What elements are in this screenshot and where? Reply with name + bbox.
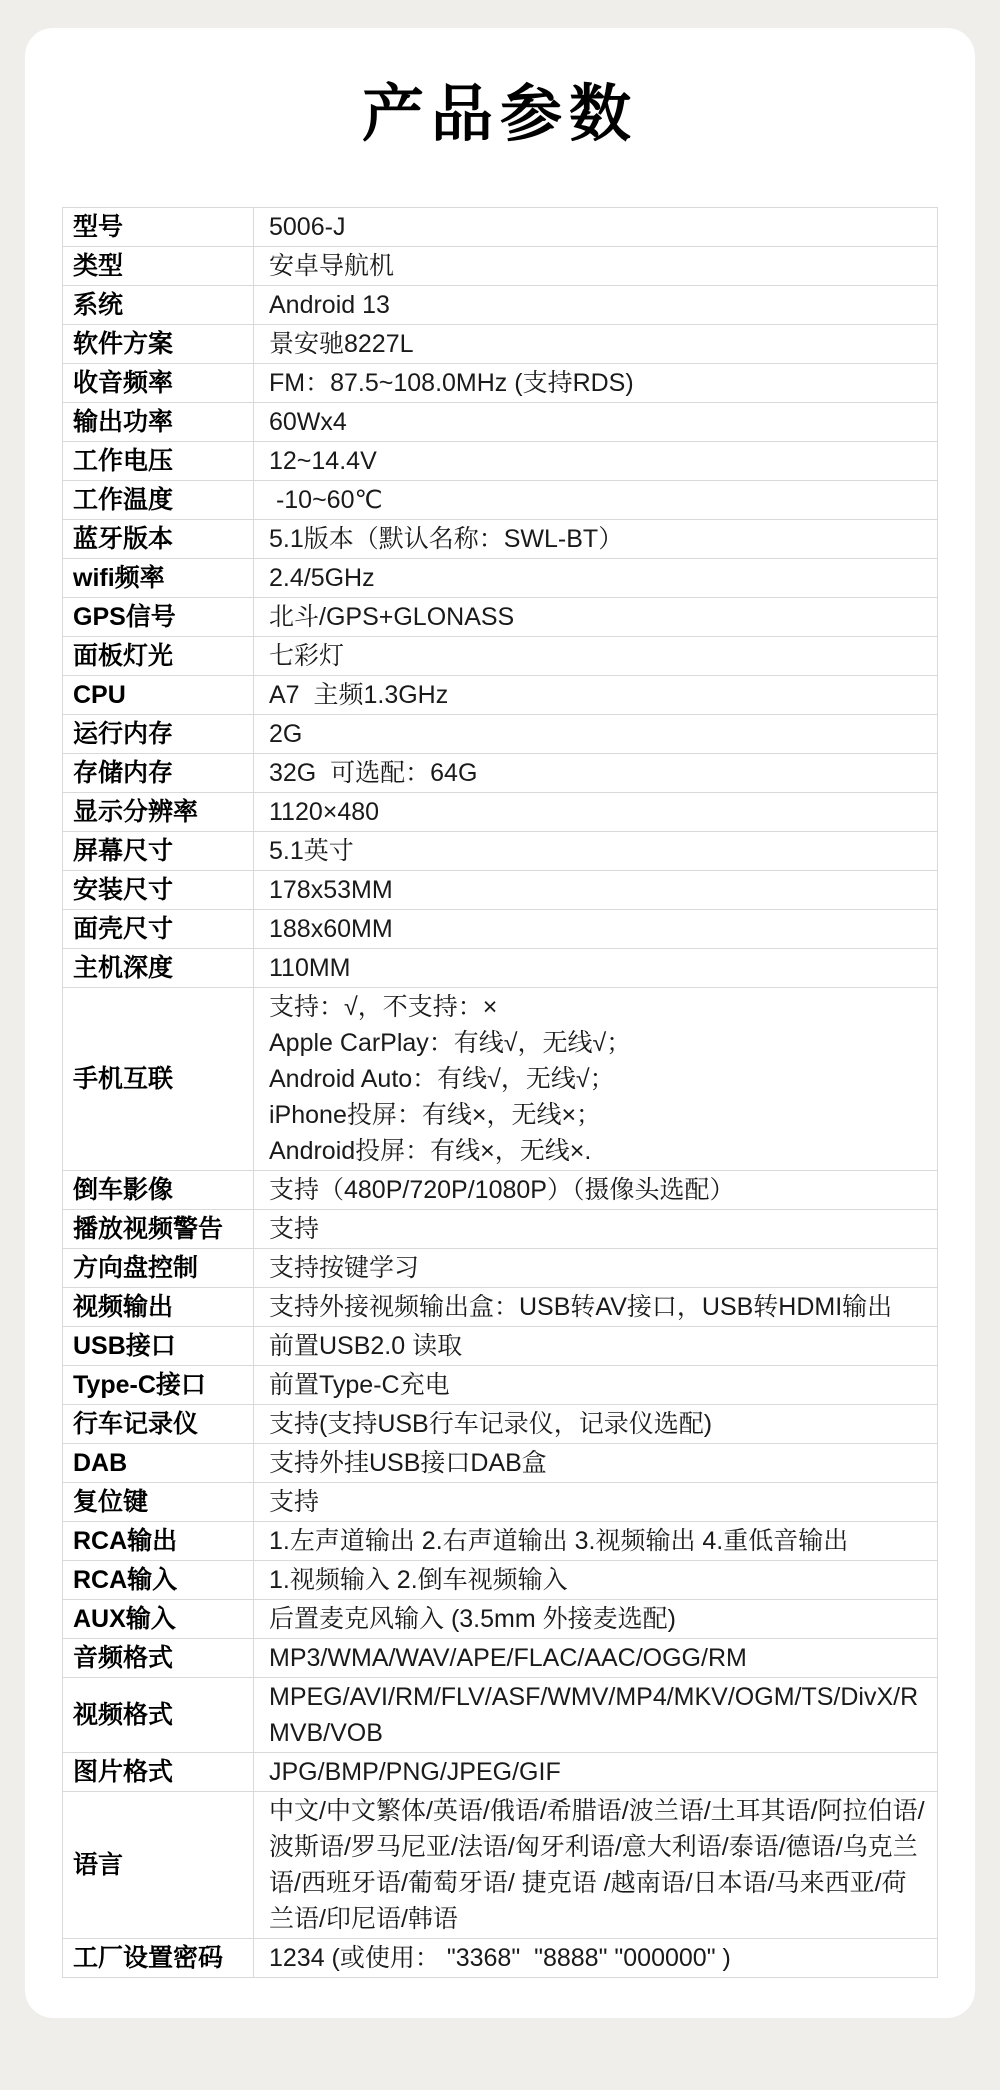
spec-value: 中文/中文繁体/英语/俄语/希腊语/波兰语/土耳其语/阿拉伯语/波斯语/罗马尼亚… [254, 1792, 938, 1939]
spec-table: 型号 5006-J 类型 安卓导航机 系统 Android 13 软件方案 景安… [62, 207, 938, 1978]
spec-value: 北斗/GPS+GLONASS [254, 598, 938, 637]
spec-value: 1.视频输入 2.倒车视频输入 [254, 1561, 938, 1600]
spec-label: RCA输出 [63, 1522, 254, 1561]
spec-value: 支持 [254, 1210, 938, 1249]
table-row: 方向盘控制 支持按键学习 [63, 1249, 938, 1288]
spec-value: 5.1英寸 [254, 832, 938, 871]
table-row: USB接口 前置USB2.0 读取 [63, 1327, 938, 1366]
spec-label: CPU [63, 676, 254, 715]
table-row: 存储内存 32G 可选配：64G [63, 754, 938, 793]
spec-label: 软件方案 [63, 325, 254, 364]
spec-label: 输出功率 [63, 403, 254, 442]
table-row: 视频输出 支持外接视频输出盒：USB转AV接口，USB转HDMI输出 [63, 1288, 938, 1327]
spec-label: 视频格式 [63, 1678, 254, 1753]
spec-label: 行车记录仪 [63, 1405, 254, 1444]
spec-value: 1234 (或使用： "3368" "8888" "000000" ) [254, 1939, 938, 1978]
spec-value: 1.左声道输出 2.右声道输出 3.视频输出 4.重低音输出 [254, 1522, 938, 1561]
spec-value: FM：87.5~108.0MHz (支持RDS) [254, 364, 938, 403]
spec-value: 安卓导航机 [254, 247, 938, 286]
spec-label: 蓝牙版本 [63, 520, 254, 559]
spec-label: 安装尺寸 [63, 871, 254, 910]
table-row: 行车记录仪 支持(支持USB行车记录仪，记录仪选配) [63, 1405, 938, 1444]
spec-label: 型号 [63, 208, 254, 247]
table-row: 语言 中文/中文繁体/英语/俄语/希腊语/波兰语/土耳其语/阿拉伯语/波斯语/罗… [63, 1792, 938, 1939]
spec-value: 178x53MM [254, 871, 938, 910]
spec-label: 语言 [63, 1792, 254, 1939]
spec-value: Android 13 [254, 286, 938, 325]
spec-label: 播放视频警告 [63, 1210, 254, 1249]
table-row: 屏幕尺寸 5.1英寸 [63, 832, 938, 871]
spec-label: 工作温度 [63, 481, 254, 520]
spec-label: 面壳尺寸 [63, 910, 254, 949]
table-row: 软件方案 景安驰8227L [63, 325, 938, 364]
table-row: Type-C接口 前置Type-C充电 [63, 1366, 938, 1405]
table-row: 手机互联 支持：√，不支持：× Apple CarPlay：有线√，无线√； A… [63, 988, 938, 1171]
table-row: wifi频率 2.4/5GHz [63, 559, 938, 598]
table-row: 播放视频警告 支持 [63, 1210, 938, 1249]
spec-label: 类型 [63, 247, 254, 286]
table-row: DAB 支持外挂USB接口DAB盒 [63, 1444, 938, 1483]
spec-label: 手机互联 [63, 988, 254, 1171]
spec-value: MPEG/AVI/RM/FLV/ASF/WMV/MP4/MKV/OGM/TS/D… [254, 1678, 938, 1753]
spec-label: wifi频率 [63, 559, 254, 598]
spec-value: 60Wx4 [254, 403, 938, 442]
table-row: 类型 安卓导航机 [63, 247, 938, 286]
spec-label: 存储内存 [63, 754, 254, 793]
spec-value: -10~60℃ [254, 481, 938, 520]
table-row: CPU A7 主频1.3GHz [63, 676, 938, 715]
table-row: 音频格式 MP3/WMA/WAV/APE/FLAC/AAC/OGG/RM [63, 1639, 938, 1678]
table-row: 图片格式 JPG/BMP/PNG/JPEG/GIF [63, 1753, 938, 1792]
spec-label: 图片格式 [63, 1753, 254, 1792]
spec-value: 支持外挂USB接口DAB盒 [254, 1444, 938, 1483]
spec-label: 系统 [63, 286, 254, 325]
spec-label: 面板灯光 [63, 637, 254, 676]
spec-value: JPG/BMP/PNG/JPEG/GIF [254, 1753, 938, 1792]
spec-value: 前置Type-C充电 [254, 1366, 938, 1405]
table-row: 工作温度 -10~60℃ [63, 481, 938, 520]
spec-value: 支持 [254, 1483, 938, 1522]
spec-value: 188x60MM [254, 910, 938, 949]
table-row: 运行内存 2G [63, 715, 938, 754]
spec-label: GPS信号 [63, 598, 254, 637]
spec-value: 支持(支持USB行车记录仪，记录仪选配) [254, 1405, 938, 1444]
spec-value: MP3/WMA/WAV/APE/FLAC/AAC/OGG/RM [254, 1639, 938, 1678]
spec-label: 视频输出 [63, 1288, 254, 1327]
table-row: 系统 Android 13 [63, 286, 938, 325]
spec-value: 12~14.4V [254, 442, 938, 481]
spec-value: 支持：√，不支持：× Apple CarPlay：有线√，无线√； Androi… [254, 988, 938, 1171]
table-row: 工厂设置密码 1234 (或使用： "3368" "8888" "000000"… [63, 1939, 938, 1978]
spec-value: 支持按键学习 [254, 1249, 938, 1288]
spec-value: 2.4/5GHz [254, 559, 938, 598]
spec-value: 前置USB2.0 读取 [254, 1327, 938, 1366]
spec-value: 七彩灯 [254, 637, 938, 676]
spec-value: 110MM [254, 949, 938, 988]
spec-value: 后置麦克风输入 (3.5mm 外接麦选配) [254, 1600, 938, 1639]
spec-value: 5006-J [254, 208, 938, 247]
table-row: GPS信号 北斗/GPS+GLONASS [63, 598, 938, 637]
spec-label: DAB [63, 1444, 254, 1483]
spec-label: Type-C接口 [63, 1366, 254, 1405]
table-row: 复位键 支持 [63, 1483, 938, 1522]
table-row: 面板灯光 七彩灯 [63, 637, 938, 676]
spec-table-body: 型号 5006-J 类型 安卓导航机 系统 Android 13 软件方案 景安… [63, 208, 938, 1978]
spec-value: 32G 可选配：64G [254, 754, 938, 793]
table-row: 输出功率 60Wx4 [63, 403, 938, 442]
spec-value: 景安驰8227L [254, 325, 938, 364]
spec-value: 支持（480P/720P/1080P）（摄像头选配） [254, 1171, 938, 1210]
spec-label: 主机深度 [63, 949, 254, 988]
spec-value: 支持外接视频输出盒：USB转AV接口，USB转HDMI输出 [254, 1288, 938, 1327]
table-row: AUX输入 后置麦克风输入 (3.5mm 外接麦选配) [63, 1600, 938, 1639]
spec-label: 屏幕尺寸 [63, 832, 254, 871]
table-row: 工作电压 12~14.4V [63, 442, 938, 481]
table-row: 显示分辨率 1120×480 [63, 793, 938, 832]
table-row: 视频格式 MPEG/AVI/RM/FLV/ASF/WMV/MP4/MKV/OGM… [63, 1678, 938, 1753]
table-row: 型号 5006-J [63, 208, 938, 247]
spec-label: 运行内存 [63, 715, 254, 754]
spec-label: RCA输入 [63, 1561, 254, 1600]
spec-label: 倒车影像 [63, 1171, 254, 1210]
spec-value: 2G [254, 715, 938, 754]
spec-label: 音频格式 [63, 1639, 254, 1678]
table-row: 收音频率 FM：87.5~108.0MHz (支持RDS) [63, 364, 938, 403]
spec-value: A7 主频1.3GHz [254, 676, 938, 715]
spec-value: 5.1版本（默认名称：SWL-BT） [254, 520, 938, 559]
spec-label: 方向盘控制 [63, 1249, 254, 1288]
spec-value: 1120×480 [254, 793, 938, 832]
table-row: RCA输入 1.视频输入 2.倒车视频输入 [63, 1561, 938, 1600]
table-row: 安装尺寸 178x53MM [63, 871, 938, 910]
table-row: 主机深度 110MM [63, 949, 938, 988]
table-row: 倒车影像 支持（480P/720P/1080P）（摄像头选配） [63, 1171, 938, 1210]
spec-label: AUX输入 [63, 1600, 254, 1639]
spec-label: 工厂设置密码 [63, 1939, 254, 1978]
table-row: RCA输出 1.左声道输出 2.右声道输出 3.视频输出 4.重低音输出 [63, 1522, 938, 1561]
spec-label: 复位键 [63, 1483, 254, 1522]
spec-label: 工作电压 [63, 442, 254, 481]
spec-label: 显示分辨率 [63, 793, 254, 832]
page-title: 产品参数 [25, 70, 975, 160]
table-row: 面壳尺寸 188x60MM [63, 910, 938, 949]
content-card: 产品参数 型号 5006-J 类型 安卓导航机 系统 Android 13 软件… [25, 28, 975, 2018]
table-row: 蓝牙版本 5.1版本（默认名称：SWL-BT） [63, 520, 938, 559]
spec-label: USB接口 [63, 1327, 254, 1366]
spec-label: 收音频率 [63, 364, 254, 403]
